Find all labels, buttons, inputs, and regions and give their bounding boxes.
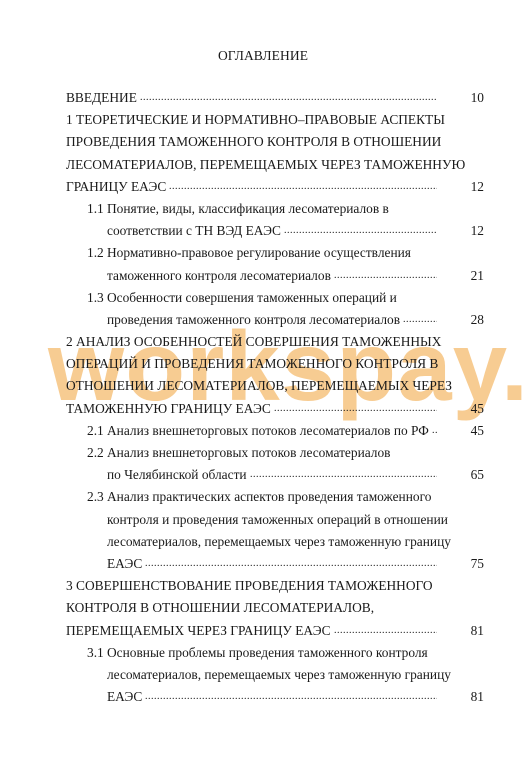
- toc-line: 1.2Нормативно-правовое регулирование осу…: [66, 242, 486, 264]
- page-number: 28: [471, 309, 484, 331]
- entry-text: 3 СОВЕРШЕНСТВОВАНИЕ ПРОВЕДЕНИЯ ТАМОЖЕННО…: [66, 575, 433, 597]
- page-number: 45: [471, 398, 484, 420]
- dot-leader: ........................................…: [403, 309, 437, 331]
- toc-line: 1.1Понятие, виды, классификация лесомате…: [66, 198, 486, 220]
- toc-line: ЕАЭС....................................…: [66, 686, 486, 708]
- entry-text: ПЕРЕМЕЩАЕМЫХ ЧЕРЕЗ ГРАНИЦУ ЕАЭС: [66, 620, 331, 642]
- dot-leader: ........................................…: [140, 87, 437, 109]
- page-number: 45: [471, 420, 484, 442]
- toc-title: ОГЛАВЛЕНИЕ: [0, 48, 526, 64]
- toc-entry[interactable]: 1.1Понятие, виды, классификация лесомате…: [66, 198, 486, 242]
- entry-text: контроля и проведения таможенных операци…: [107, 509, 448, 531]
- toc-entry[interactable]: 2.3Анализ практических аспектов проведен…: [66, 486, 486, 575]
- section-number: 2.3: [87, 486, 104, 508]
- toc-line: ЕАЭС....................................…: [66, 553, 486, 575]
- toc-entry[interactable]: 2.2Анализ внешнеторговых потоков лесомат…: [66, 442, 486, 486]
- entry-text: КОНТРОЛЯ В ОТНОШЕНИИ ЛЕСОМАТЕРИАЛОВ,: [66, 597, 374, 619]
- entry-text: Нормативно-правовое регулирование осущес…: [107, 242, 411, 264]
- entry-text: Анализ практических аспектов проведения …: [107, 486, 431, 508]
- toc-line: лесоматериалов, перемещаемых через тамож…: [66, 531, 486, 553]
- entry-text: Анализ внешнеторговых потоков лесоматери…: [107, 442, 391, 464]
- entry-text: Анализ внешнеторговых потоков лесоматери…: [107, 420, 429, 442]
- toc-line: ЛЕСОМАТЕРИАЛОВ, ПЕРЕМЕЩАЕМЫХ ЧЕРЕЗ ТАМОЖ…: [66, 154, 486, 176]
- entry-text: ВВЕДЕНИЕ: [66, 87, 137, 109]
- page-number: 81: [471, 686, 484, 708]
- toc-entry[interactable]: 1.2Нормативно-правовое регулирование осу…: [66, 242, 486, 286]
- entry-text: 1 ТЕОРЕТИЧЕСКИЕ И НОРМАТИВНО–ПРАВОВЫЕ АС…: [66, 109, 445, 131]
- page-number: 12: [471, 176, 484, 198]
- entry-text: ПРОВЕДЕНИЯ ТАМОЖЕННОГО КОНТРОЛЯ В ОТНОШЕ…: [66, 131, 441, 153]
- entry-text: лесоматериалов, перемещаемых через тамож…: [107, 664, 451, 686]
- section-number: 1.3: [87, 287, 104, 309]
- page-number: 75: [471, 553, 484, 575]
- toc-line: ПРОВЕДЕНИЯ ТАМОЖЕННОГО КОНТРОЛЯ В ОТНОШЕ…: [66, 131, 486, 153]
- toc-line: ОТНОШЕНИИ ЛЕСОМАТЕРИАЛОВ, ПЕРЕМЕЩАЕМЫХ Ч…: [66, 375, 486, 397]
- entry-text: Понятие, виды, классификация лесоматериа…: [107, 198, 389, 220]
- section-number: 2.2: [87, 442, 104, 464]
- entry-text: ЕАЭС: [107, 553, 142, 575]
- entry-text: ГРАНИЦУ ЕАЭС: [66, 176, 166, 198]
- entry-text: соответствии с ТН ВЭД ЕАЭС: [107, 220, 281, 242]
- toc-line: ПЕРЕМЕЩАЕМЫХ ЧЕРЕЗ ГРАНИЦУ ЕАЭС.........…: [66, 620, 486, 642]
- entry-text: 2 АНАЛИЗ ОСОБЕННОСТЕЙ СОВЕРШЕНИЯ ТАМОЖЕН…: [66, 331, 441, 353]
- toc-entry[interactable]: 3.1Основные проблемы проведения таможенн…: [66, 642, 486, 709]
- dot-leader: ........................................…: [250, 464, 437, 486]
- toc-line: 1 ТЕОРЕТИЧЕСКИЕ И НОРМАТИВНО–ПРАВОВЫЕ АС…: [66, 109, 486, 131]
- toc-line: соответствии с ТН ВЭД ЕАЭС..............…: [66, 220, 486, 242]
- entry-text: таможенного контроля лесоматериалов: [107, 265, 331, 287]
- toc-entry[interactable]: 2.1Анализ внешнеторговых потоков лесомат…: [66, 420, 486, 442]
- toc-line: 3.1Основные проблемы проведения таможенн…: [66, 642, 486, 664]
- toc-entry[interactable]: 1.3Особенности совершения таможенных опе…: [66, 287, 486, 331]
- entry-text: ОПЕРАЦИЙ И ПРОВЕДЕНИЯ ТАМОЖЕННОГО КОНТРО…: [66, 353, 438, 375]
- toc-line: 2 АНАЛИЗ ОСОБЕННОСТЕЙ СОВЕРШЕНИЯ ТАМОЖЕН…: [66, 331, 486, 353]
- toc-line: ТАМОЖЕННУЮ ГРАНИЦУ ЕАЭС.................…: [66, 398, 486, 420]
- toc-line: контроля и проведения таможенных операци…: [66, 509, 486, 531]
- toc-line: ВВЕДЕНИЕ................................…: [66, 87, 486, 109]
- toc-entry[interactable]: 1 ТЕОРЕТИЧЕСКИЕ И НОРМАТИВНО–ПРАВОВЫЕ АС…: [66, 109, 486, 198]
- toc-entry[interactable]: 2 АНАЛИЗ ОСОБЕННОСТЕЙ СОВЕРШЕНИЯ ТАМОЖЕН…: [66, 331, 486, 420]
- entry-text: ОТНОШЕНИИ ЛЕСОМАТЕРИАЛОВ, ПЕРЕМЕЩАЕМЫХ Ч…: [66, 375, 452, 397]
- dot-leader: ........................................…: [284, 220, 437, 242]
- dot-leader: ........................................…: [169, 176, 437, 198]
- dot-leader: ........................................…: [274, 398, 437, 420]
- toc-line: 1.3Особенности совершения таможенных опе…: [66, 287, 486, 309]
- section-number: 2.1: [87, 420, 104, 442]
- dot-leader: ........................................…: [432, 420, 437, 442]
- section-number: 3.1: [87, 642, 104, 664]
- toc-line: 2.3Анализ практических аспектов проведен…: [66, 486, 486, 508]
- toc-line: 3 СОВЕРШЕНСТВОВАНИЕ ПРОВЕДЕНИЯ ТАМОЖЕННО…: [66, 575, 486, 597]
- dot-leader: ........................................…: [334, 265, 437, 287]
- dot-leader: ........................................…: [145, 686, 437, 708]
- document-page: ОГЛАВЛЕНИЕ workspay.ru ВВЕДЕНИЕ.........…: [0, 0, 526, 768]
- toc-entry[interactable]: 3 СОВЕРШЕНСТВОВАНИЕ ПРОВЕДЕНИЯ ТАМОЖЕННО…: [66, 575, 486, 642]
- page-number: 10: [471, 87, 484, 109]
- section-number: 1.2: [87, 242, 104, 264]
- page-number: 21: [471, 265, 484, 287]
- entry-text: ЕАЭС: [107, 686, 142, 708]
- toc-line: лесоматериалов, перемещаемых через тамож…: [66, 664, 486, 686]
- entry-text: по Челябинской области: [107, 464, 247, 486]
- toc-line: КОНТРОЛЯ В ОТНОШЕНИИ ЛЕСОМАТЕРИАЛОВ,: [66, 597, 486, 619]
- toc-line: проведения таможенного контроля лесомате…: [66, 309, 486, 331]
- table-of-contents: ВВЕДЕНИЕ................................…: [66, 87, 486, 708]
- page-number: 65: [471, 464, 484, 486]
- toc-line: 2.2Анализ внешнеторговых потоков лесомат…: [66, 442, 486, 464]
- entry-text: Основные проблемы проведения таможенного…: [107, 642, 428, 664]
- toc-line: ГРАНИЦУ ЕАЭС............................…: [66, 176, 486, 198]
- toc-line: по Челябинской области..................…: [66, 464, 486, 486]
- entry-text: проведения таможенного контроля лесомате…: [107, 309, 400, 331]
- entry-text: ТАМОЖЕННУЮ ГРАНИЦУ ЕАЭС: [66, 398, 271, 420]
- entry-text: Особенности совершения таможенных операц…: [107, 287, 397, 309]
- entry-text: ЛЕСОМАТЕРИАЛОВ, ПЕРЕМЕЩАЕМЫХ ЧЕРЕЗ ТАМОЖ…: [66, 154, 465, 176]
- entry-text: лесоматериалов, перемещаемых через тамож…: [107, 531, 451, 553]
- toc-line: 2.1Анализ внешнеторговых потоков лесомат…: [66, 420, 486, 442]
- page-number: 12: [471, 220, 484, 242]
- page-number: 81: [471, 620, 484, 642]
- toc-line: ОПЕРАЦИЙ И ПРОВЕДЕНИЯ ТАМОЖЕННОГО КОНТРО…: [66, 353, 486, 375]
- dot-leader: ........................................…: [145, 553, 437, 575]
- section-number: 1.1: [87, 198, 104, 220]
- toc-line: таможенного контроля лесоматериалов.....…: [66, 265, 486, 287]
- toc-entry[interactable]: ВВЕДЕНИЕ................................…: [66, 87, 486, 109]
- dot-leader: ........................................…: [334, 620, 437, 642]
